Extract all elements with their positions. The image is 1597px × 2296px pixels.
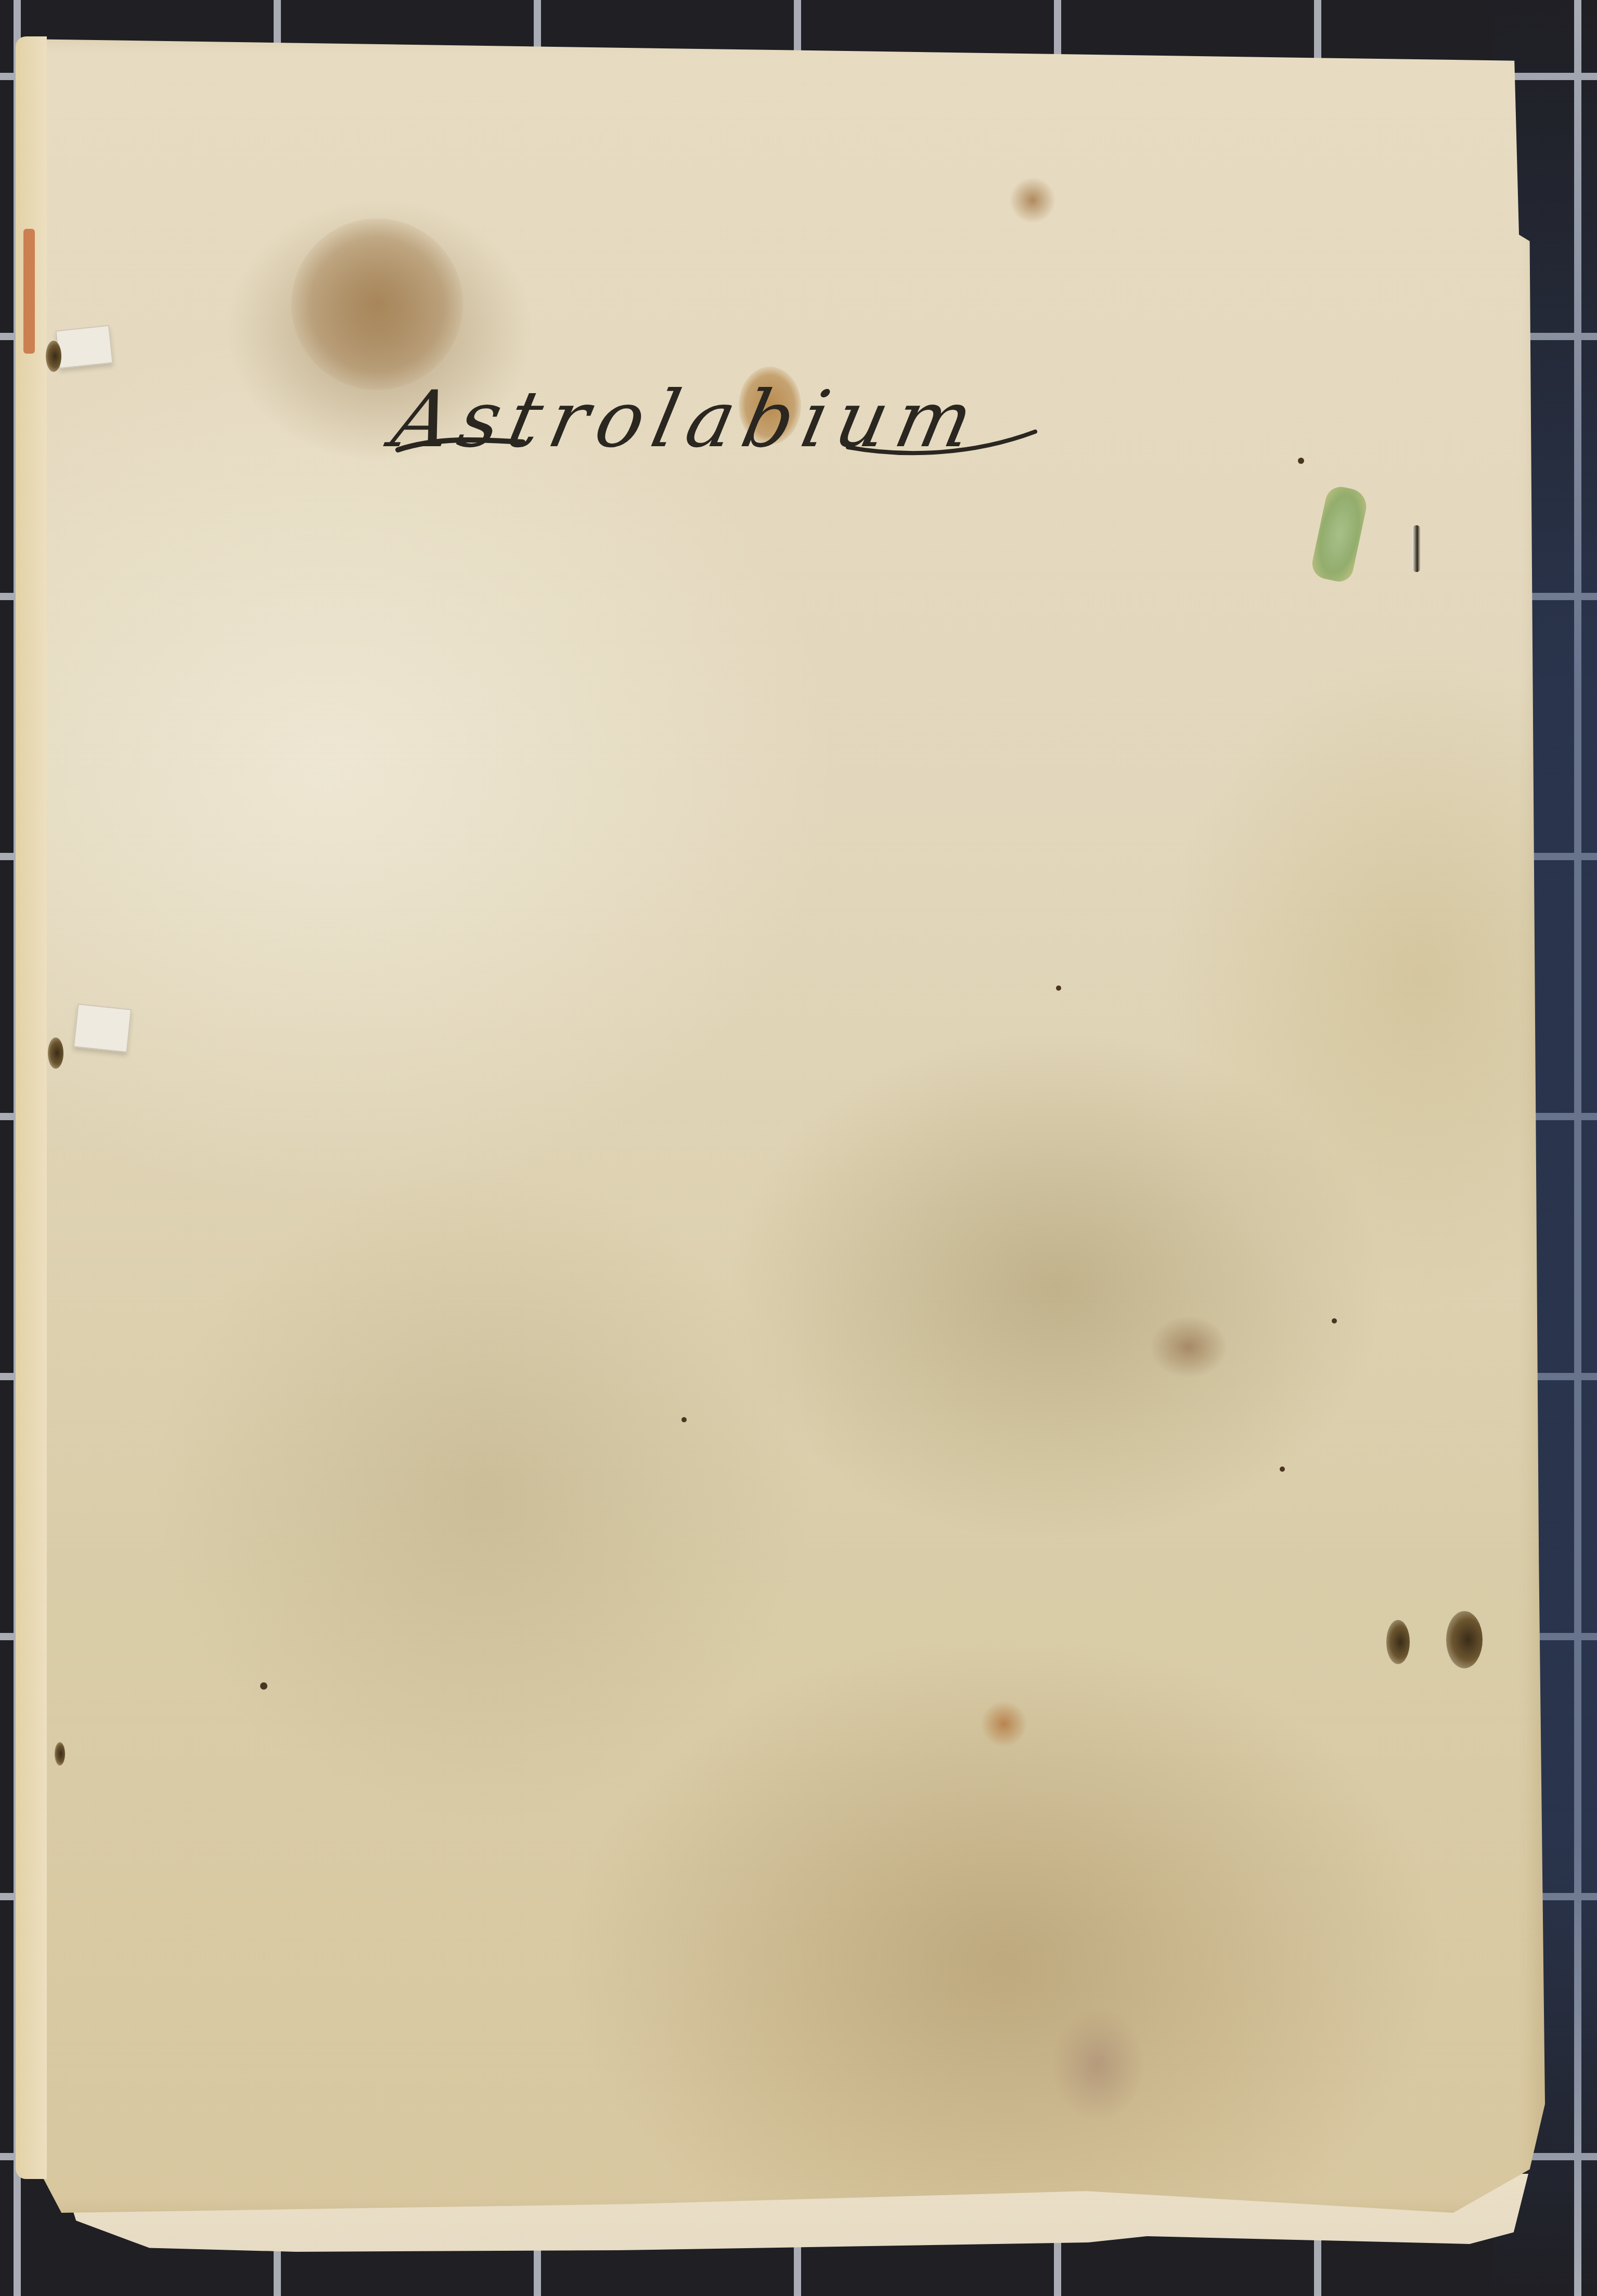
stain-right (1150, 1316, 1228, 1378)
ink-speck (1056, 985, 1061, 991)
stain-bottom (1051, 2007, 1144, 2122)
ink-speck (681, 1417, 687, 1422)
binding-tab-top (55, 325, 113, 369)
tie-hole-lower-right (1446, 1611, 1483, 1668)
stain-top-left (291, 218, 463, 390)
tie-slit-upper (1412, 525, 1421, 572)
tie-hole-lower-left (1386, 1620, 1410, 1664)
ink-speck (1332, 1318, 1337, 1324)
title-initial-stroke (395, 426, 525, 458)
stain-lower-mid (981, 1701, 1027, 1747)
ink-speck (1280, 1467, 1285, 1472)
orange-edge-strip (23, 229, 35, 354)
binding-tab-middle (73, 1004, 132, 1053)
stain-top-mid (1009, 177, 1056, 224)
vellum-cover (16, 39, 1545, 2213)
ink-speck (260, 1682, 267, 1690)
ink-speck (1298, 458, 1304, 464)
binding-hole-middle (48, 1037, 63, 1069)
binding-hole-bottom (55, 1742, 65, 1766)
spine-fold (16, 36, 47, 2179)
title-flourish (843, 426, 1040, 458)
binding-hole-top (46, 341, 61, 372)
